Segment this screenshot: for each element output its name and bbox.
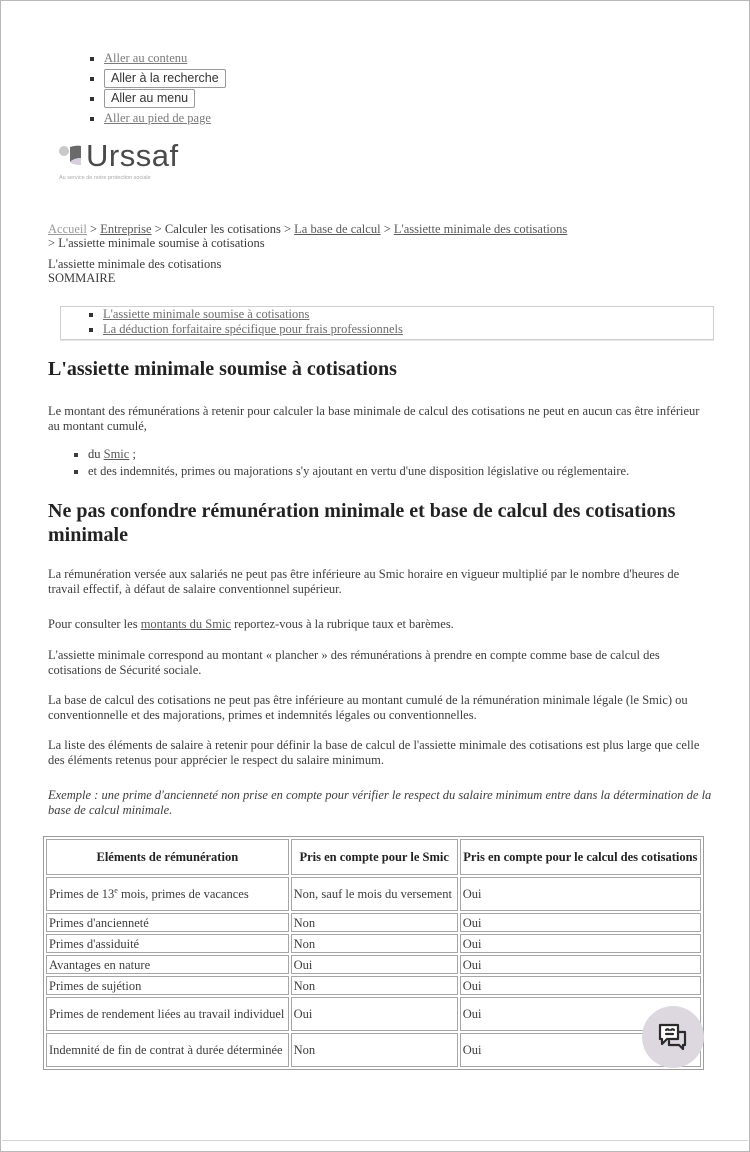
table-header-row: Eléments de rémunération Pris en compte … [46,839,701,875]
cell-element: Primes de sujétion [46,976,289,995]
cell-element: Primes d'ancienneté [46,913,289,932]
page-subtitle: L'assiette minimale des cotisations [48,257,221,271]
cell-cotisations: Oui [460,934,701,953]
breadcrumb-separator: > [48,236,55,250]
paragraph-text: Pour consulter les [48,617,141,631]
bullet-smic: du Smic ; [88,446,629,463]
cell-element: Primes de rendement liées au travail ind… [46,997,289,1031]
breadcrumb-entreprise[interactable]: Entreprise [100,222,151,236]
cell-cotisations: Oui [460,976,701,995]
smic-link[interactable]: Smic [104,447,130,461]
header-smic: Pris en compte pour le Smic [291,839,458,875]
section-title-assiette: L'assiette minimale soumise à cotisation… [48,357,397,381]
section1-intro: Le montant des rémunérations à retenir p… [48,404,713,433]
breadcrumb-separator: > [284,222,291,236]
cell-element: Indemnité de fin de contrat à durée déte… [46,1033,289,1067]
cell-element: Primes d'assiduité [46,934,289,953]
toc-item: L'assiette minimale soumise à cotisation… [103,307,713,322]
skip-link-item: Aller au pied de page [104,108,226,128]
table-row: Primes de 13e mois, primes de vacances N… [46,877,701,911]
cell-cotisations: Oui [460,955,701,974]
section2-paragraph-2: Pour consulter les montants du Smic repo… [48,617,713,632]
cell-smic: Oui [291,955,458,974]
remuneration-table: Eléments de rémunération Pris en compte … [43,836,704,1070]
section2-example: Exemple : une prime d'ancienneté non pri… [48,788,713,817]
montants-smic-link[interactable]: montants du Smic [141,617,231,631]
paragraph-text: reportez-vous à la rubrique taux et barè… [231,617,454,631]
cell-text: mois, primes de vacances [118,887,249,901]
table-row: Avantages en nature Oui Oui [46,955,701,974]
bottom-divider [2,1140,748,1141]
table-row: Indemnité de fin de contrat à durée déte… [46,1033,701,1067]
breadcrumb-separator: > [384,222,391,236]
table-row: Primes de rendement liées au travail ind… [46,997,701,1031]
breadcrumb-separator: > [155,222,162,236]
logo-tagline: Au service de notre protection sociale [59,175,151,181]
toc-link-deduction[interactable]: La déduction forfaitaire spécifique pour… [103,322,403,336]
breadcrumb-calculer: Calculer les cotisations [165,222,281,236]
skip-link-item: Aller au contenu [104,48,226,68]
sommaire-label: SOMMAIRE [48,271,115,285]
skip-links: Aller au contenu Aller à la recherche Al… [88,48,226,128]
cell-smic: Non [291,913,458,932]
urssaf-logo-mark-icon [58,144,86,166]
cell-smic: Non, sauf le mois du versement [291,877,458,911]
chat-bubbles-icon [656,1020,690,1054]
cell-smic: Non [291,976,458,995]
skip-to-search-button[interactable]: Aller à la recherche [104,69,226,88]
urssaf-logo[interactable]: Urssaf Au service de notre protection so… [58,138,208,188]
section2-paragraph-1: La rémunération versée aux salariés ne p… [48,567,713,596]
table-row: Primes d'assiduité Non Oui [46,934,701,953]
section1-bullet-list: du Smic ; et des indemnités, primes ou m… [70,446,629,480]
skip-to-footer-link[interactable]: Aller au pied de page [104,111,211,125]
breadcrumb-separator: > [90,222,97,236]
skip-to-menu-button[interactable]: Aller au menu [104,89,195,108]
cell-element: Primes de 13e mois, primes de vacances [46,877,289,911]
toc-item: La déduction forfaitaire spécifique pour… [103,322,713,337]
cell-element: Avantages en nature [46,955,289,974]
header-elements: Eléments de rémunération [46,839,289,875]
cell-cotisations: Oui [460,913,701,932]
bullet-text: ; [129,447,136,461]
cell-smic: Oui [291,997,458,1031]
header-cotisations: Pris en compte pour le calcul des cotisa… [460,839,701,875]
table-of-contents: L'assiette minimale soumise à cotisation… [60,306,714,340]
bullet-text: du [88,447,104,461]
table-row: Primes d'ancienneté Non Oui [46,913,701,932]
breadcrumb: Accueil > Entreprise > Calculer les coti… [48,222,648,250]
section2-paragraph-4: La base de calcul des cotisations ne peu… [48,693,713,722]
section-title-ne-pas-confondre: Ne pas confondre rémunération minimale e… [48,499,708,547]
toc-link-assiette[interactable]: L'assiette minimale soumise à cotisation… [103,307,309,321]
cell-cotisations: Oui [460,877,701,911]
skip-link-item: Aller à la recherche [104,68,226,88]
breadcrumb-current: L'assiette minimale soumise à cotisation… [58,236,264,250]
skip-to-content-link[interactable]: Aller au contenu [104,51,187,65]
bullet-indemnites: et des indemnités, primes ou majorations… [88,463,629,480]
breadcrumb-base-de-calcul[interactable]: La base de calcul [294,222,380,236]
breadcrumb-accueil[interactable]: Accueil [48,222,87,236]
cell-smic: Non [291,1033,458,1067]
section2-paragraph-5: La liste des éléments de salaire à reten… [48,738,713,767]
cell-text: Primes de 13 [49,887,114,901]
skip-link-item: Aller au menu [104,88,226,108]
cell-smic: Non [291,934,458,953]
section2-paragraph-3: L'assiette minimale correspond au montan… [48,648,713,677]
breadcrumb-assiette-minimale[interactable]: L'assiette minimale des cotisations [394,222,567,236]
logo-wordmark: Urssaf [86,138,179,174]
chat-button[interactable] [642,1006,704,1068]
table-row: Primes de sujétion Non Oui [46,976,701,995]
